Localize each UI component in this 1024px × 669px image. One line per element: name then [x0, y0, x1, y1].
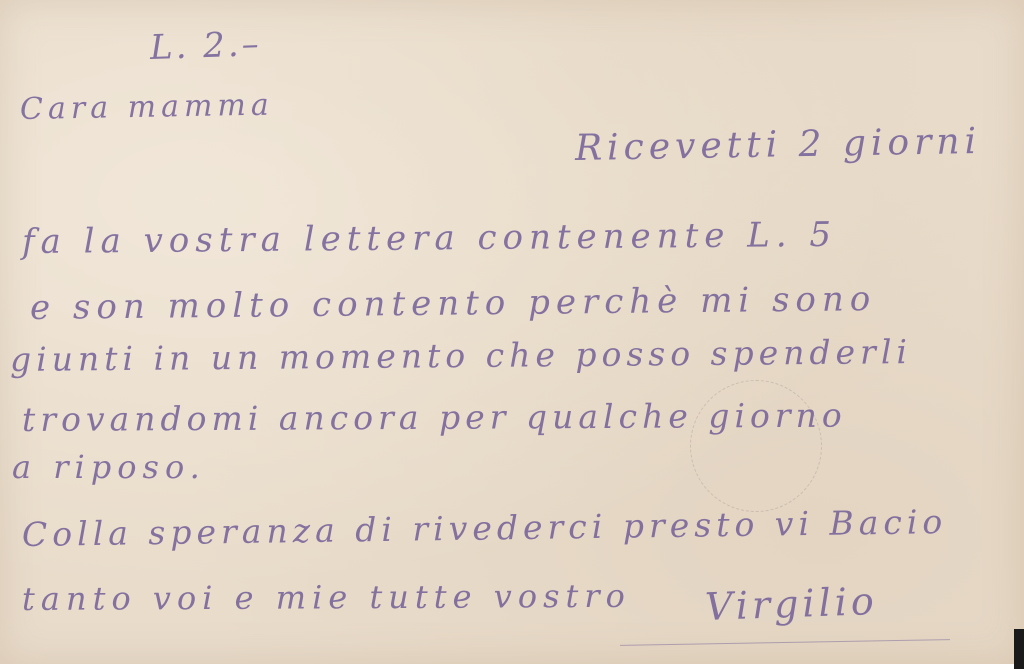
body-line-1: Ricevetti 2 giorni — [575, 121, 982, 169]
body-line-5: trovandomi ancora per qualche giorno — [22, 396, 847, 439]
signature-underline — [620, 639, 950, 646]
body-line-6: a riposo. — [12, 448, 206, 486]
closing-line-1: Colla speranza di rivederci presto vi Ba… — [22, 502, 948, 554]
body-line-2: fa la vostra lettera contenente L. 5 — [22, 215, 837, 262]
postcard: L. 2.– Cara mamma Ricevetti 2 giorni fa … — [0, 0, 1024, 664]
body-line-4: giunti in un momento che posso spenderli — [10, 332, 912, 379]
signature: Virgilio — [704, 579, 878, 629]
closing-line-2: tanto voi e mie tutte vostro — [22, 577, 631, 618]
salutation: Cara mamma — [20, 88, 274, 127]
scan-edge-shadow — [1014, 629, 1024, 669]
body-line-3: e son molto contento perchè mi sono — [30, 279, 877, 328]
amount-note: L. 2.– — [149, 24, 262, 68]
